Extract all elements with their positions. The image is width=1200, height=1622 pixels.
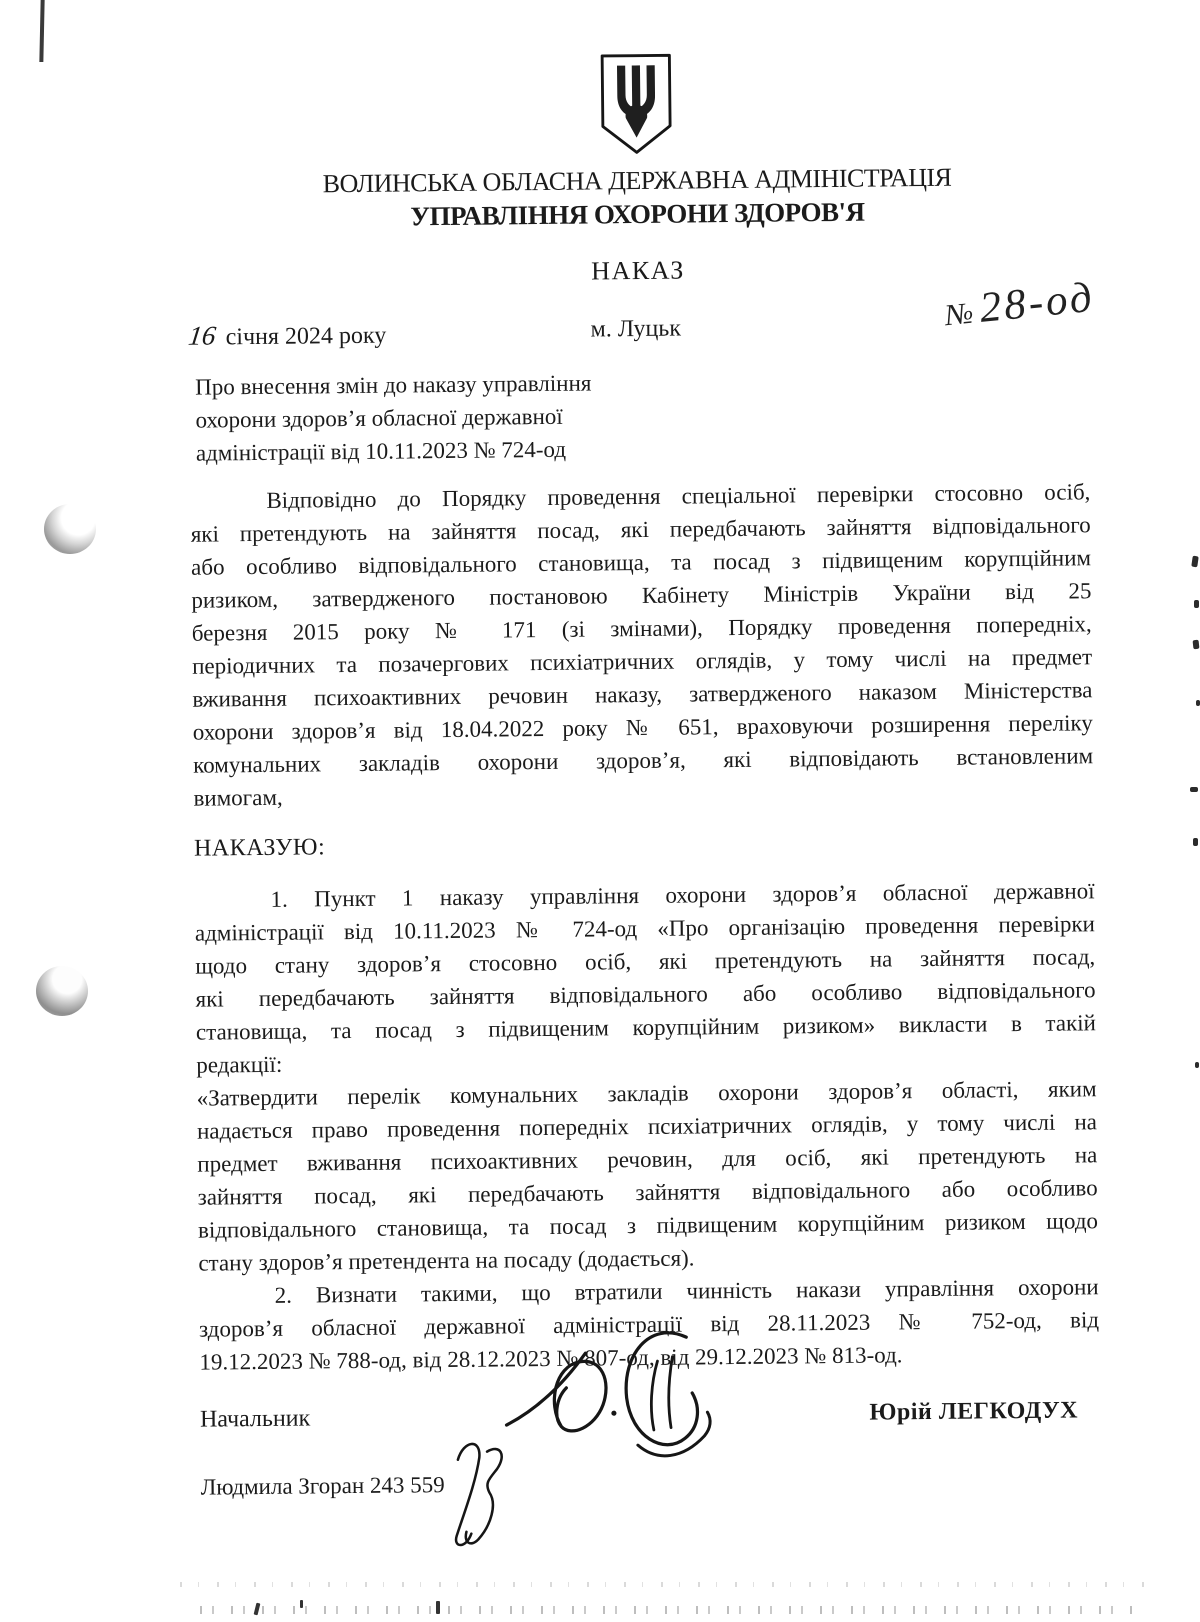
edge-speck	[1191, 556, 1198, 568]
bottom-scan-noise	[200, 1606, 1140, 1614]
order-item-1: 1. Пункт 1 наказу управління охорони здо…	[194, 874, 1096, 1081]
bottom-scan-noise	[300, 1600, 303, 1608]
hole-punch-mark-bottom	[36, 966, 88, 1016]
bottom-scan-noise	[180, 1582, 1150, 1587]
ukraine-trident-emblem	[595, 46, 678, 163]
handwritten-day: 16	[187, 320, 218, 351]
executor-line: Людмила Згоран 243 559	[201, 1472, 445, 1501]
edge-speck	[1190, 787, 1198, 792]
date-text: січня 2024 року	[226, 323, 387, 351]
meta-row: 16 січня 2024 року м. Луцьк № 28-од	[188, 297, 1089, 364]
signer-name: Юрій ЛЕГКОДУХ	[869, 1397, 1078, 1426]
order-keyword: НАКАЗУЮ:	[194, 826, 1094, 862]
executor-row: Людмила Згоран 243 559	[201, 1459, 1101, 1508]
edge-speck	[1193, 838, 1198, 846]
subject-block: Про внесення змін до наказу управлінняох…	[195, 361, 1096, 469]
handwritten-signature	[499, 1315, 716, 1472]
signer-title: Начальник	[200, 1405, 311, 1433]
handwritten-initials	[436, 1425, 515, 1554]
edge-speck	[1194, 600, 1199, 608]
edge-speck	[1193, 640, 1200, 650]
handwritten-number: 28-од	[978, 274, 1097, 332]
bottom-scan-noise	[436, 1601, 440, 1614]
hole-punch-mark-top	[44, 504, 96, 554]
scanned-document-page: ВОЛИНСЬКА ОБЛАСНА ДЕРЖАВНА АДМІНІСТРАЦІЯ…	[0, 0, 1200, 1622]
date-line: 16 січня 2024 року	[188, 319, 386, 352]
preamble-paragraph: Відповідно до Порядку проведення спеціал…	[190, 475, 1093, 814]
doc-type-title: НАКАЗ	[188, 251, 1088, 290]
edge-speck	[1195, 1062, 1199, 1068]
edge-speck	[1196, 700, 1200, 706]
order-quote-paragraph: «Затвердити перелік комунальних закладів…	[196, 1072, 1098, 1279]
scan-artifact-line	[39, 0, 44, 62]
signature-row: Начальник Юрій ЛЕГКОДУХ	[200, 1393, 1100, 1442]
number-sign: №	[944, 297, 976, 333]
document-content: ВОЛИНСЬКА ОБЛАСНА ДЕРЖАВНА АДМІНІСТРАЦІЯ…	[185, 0, 1101, 1509]
department-name: УПРАВЛІННЯ ОХОРОНИ ЗДОРОВ'Я	[187, 194, 1087, 234]
city-label: м. Луцьк	[590, 316, 681, 344]
